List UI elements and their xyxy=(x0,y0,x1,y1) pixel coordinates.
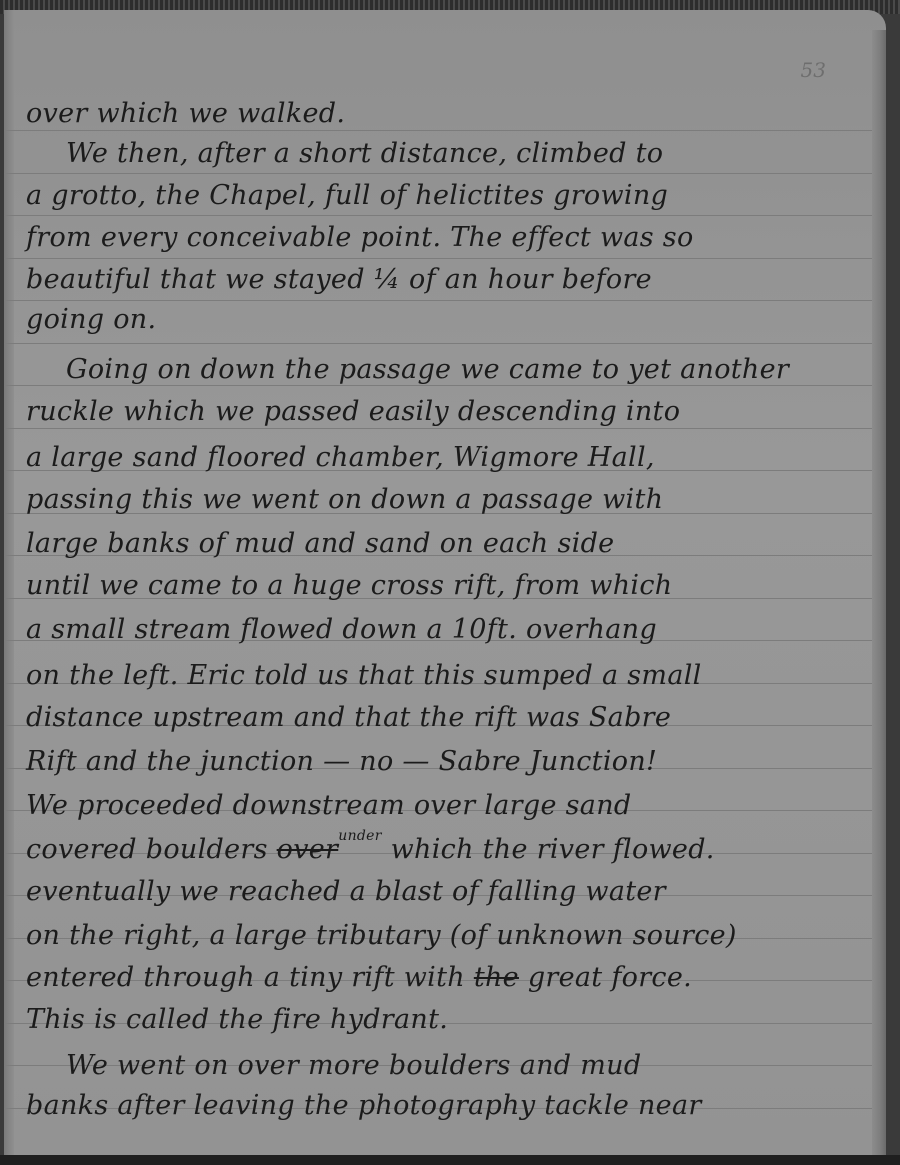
text-segment: covered boulders xyxy=(26,834,268,865)
text-line: ruckle which we passed easily descending… xyxy=(26,396,866,427)
ruled-line xyxy=(4,385,886,386)
text-line: passing this we went on down a passage w… xyxy=(26,484,866,515)
text-line: banks after leaving the photography tack… xyxy=(26,1090,866,1121)
ruled-line xyxy=(4,343,886,344)
ruled-line xyxy=(4,428,886,429)
text-line: eventually we reached a blast of falling… xyxy=(26,876,866,907)
notebook-page: 53 over which we walked. We then, after … xyxy=(4,10,886,1156)
text-line: Going on down the passage we came to yet… xyxy=(66,354,866,385)
text-line: going on. xyxy=(26,304,866,335)
struck-word: over xyxy=(277,834,339,865)
page-number: 53 xyxy=(801,58,826,82)
struck-word: the xyxy=(474,962,519,993)
text-line: on the left. Eric told us that this sump… xyxy=(26,660,866,691)
text-line: We proceeded downstream over large sand xyxy=(26,790,866,821)
inserted-word: under xyxy=(338,828,381,844)
text-segment: great force. xyxy=(528,962,692,993)
text-line: a large sand floored chamber, Wigmore Ha… xyxy=(26,442,866,473)
text-line: from every conceivable point. The effect… xyxy=(26,222,866,253)
text-segment: which the river flowed. xyxy=(391,834,715,865)
text-line: We then, after a short distance, climbed… xyxy=(66,138,866,169)
ruled-line xyxy=(4,173,886,174)
text-line: distance upstream and that the rift was … xyxy=(26,702,866,733)
text-line: beautiful that we stayed ¼ of an hour be… xyxy=(26,264,866,295)
notebook-bottom-edge xyxy=(0,1155,900,1165)
text-line: This is called the fire hydrant. xyxy=(26,1004,866,1035)
text-line-with-correction: covered boulders overunder which the riv… xyxy=(26,834,866,865)
text-line-with-correction: entered through a tiny rift with the gre… xyxy=(26,962,866,993)
text-segment: entered through a tiny rift with xyxy=(26,962,465,993)
text-line: over which we walked. xyxy=(26,98,866,129)
ruled-line xyxy=(4,258,886,259)
text-line: Rift and the junction — no — Sabre Junct… xyxy=(26,746,866,777)
ruled-line xyxy=(4,215,886,216)
text-line: until we came to a huge cross rift, from… xyxy=(26,570,866,601)
ruled-line xyxy=(4,130,886,131)
ruled-line xyxy=(4,300,886,301)
text-line: on the right, a large tributary (of unkn… xyxy=(26,920,866,951)
text-line: large banks of mud and sand on each side xyxy=(26,528,866,559)
text-line: a grotto, the Chapel, full of helictites… xyxy=(26,180,866,211)
text-line: We went on over more boulders and mud xyxy=(66,1050,866,1081)
text-line: a small stream flowed down a 10ft. overh… xyxy=(26,614,866,645)
